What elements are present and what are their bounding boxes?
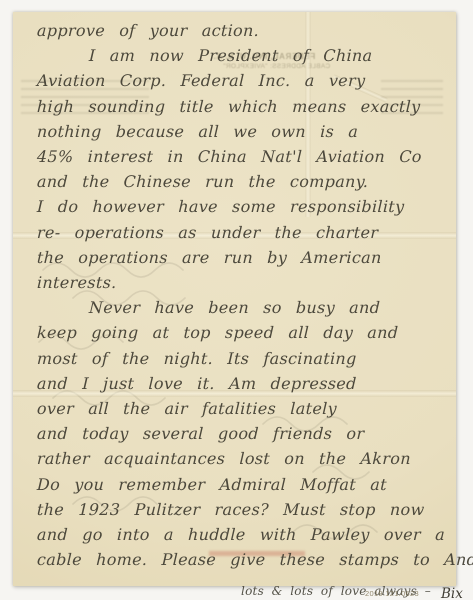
letter-line: most of the night. Its fascinating [37,346,443,371]
letter-line: re- operations as under the charter [37,220,443,245]
letter-body: approve of your action.I am now Presiden… [13,12,456,572]
letter-line: the 1923 Pulitzer races? Must stop now [37,497,443,522]
letter-line: I am now President of China [37,43,443,68]
letter-line: Never have been so busy and [37,295,443,320]
letter-line: Aviation Corp. Federal Inc. a very [37,68,443,93]
signature: Bix [441,586,463,600]
letter-line: and go into a huddle with Pawley over a [37,522,443,547]
letter-line: interests. [37,270,443,295]
letter-line: approve of your action. [37,18,443,43]
letter-line: and the Chinese run the company. [37,169,443,194]
catalog-number: 2019.121.0623 [365,589,419,598]
letter-line: Do you remember Admiral Moffat at [37,472,443,497]
letter-line: and I just love it. Am depressed [37,371,443,396]
letter-line: nothing because all we own is a [37,119,443,144]
letter-line: keep going at top speed all day and [37,320,443,345]
letter-page: FEDERAL, INC. U. S. A. CABLE ADDRESS: "A… [13,12,456,586]
letter-line: 45% interest in China Nat'l Aviation Co [37,144,443,169]
letter-line: and today several good friends or [37,421,443,446]
letter-line: the operations are run by American [37,245,443,270]
letter-line: cable home. Please give these stamps to … [37,547,443,572]
letter-line: I do however have some responsibility [37,194,443,219]
letter-line: rather acquaintances lost on the Akron [37,446,443,471]
letter-line: over all the air fatalities lately [37,396,443,421]
letter-line: high sounding title which means exactly [37,94,443,119]
